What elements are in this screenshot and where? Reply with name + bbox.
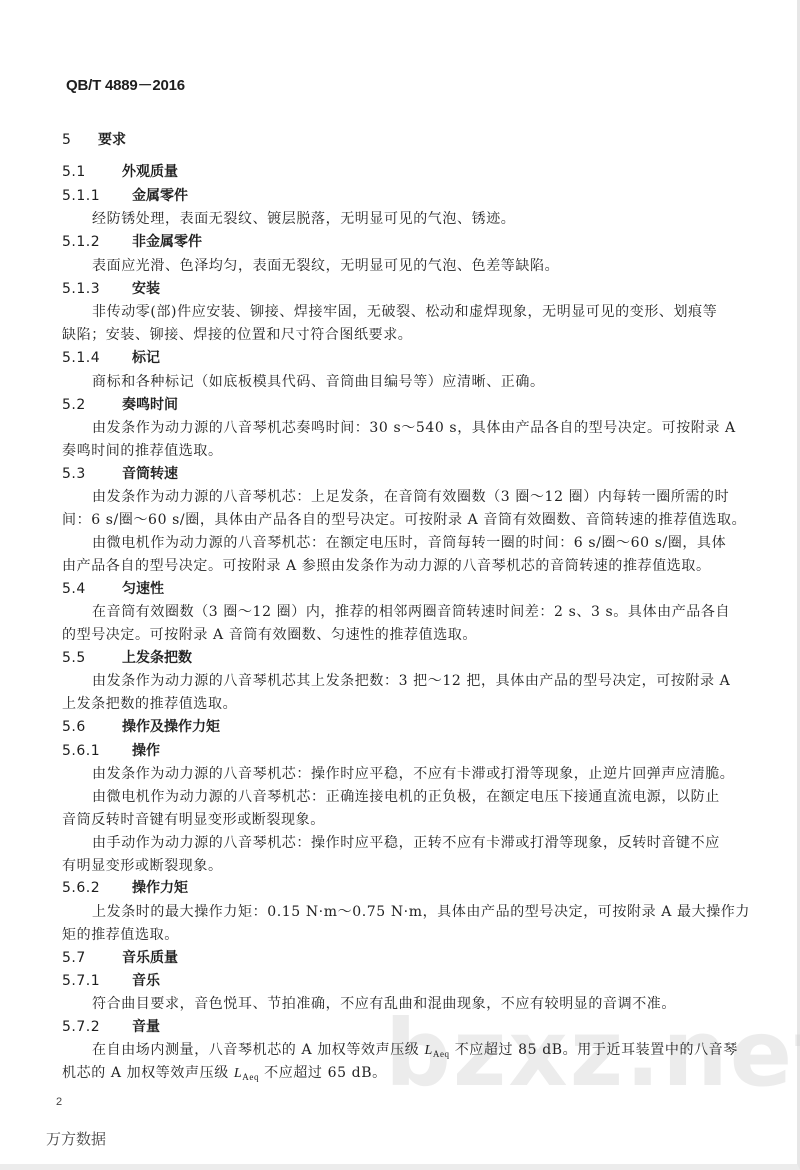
heading-5-6: 5.6操作及操作力矩: [62, 717, 220, 737]
paragraph-line: 经防锈处理，表面无裂纹、镀层脱落，无明显可见的气泡、锈迹。: [92, 209, 515, 229]
paragraph-line: 由发条作为动力源的八音琴机芯：操作时应平稳，不应有卡滞或打滑等现象，止逆片回弹声…: [92, 764, 734, 784]
paragraph-line: 在音筒有效圈数（3 圈～12 圈）内，推荐的相邻两圈音筒转速时间差：2 s、3 …: [92, 602, 730, 622]
footer-source: 万方数据: [46, 1128, 106, 1149]
heading-number: 5.6.1: [62, 741, 132, 761]
paragraph-line: 音筒反转时音键有明显变形或断裂现象。: [62, 810, 325, 830]
heading-title: 外观质量: [122, 164, 178, 180]
heading-number: 5.7.2: [62, 1017, 132, 1037]
heading-number: 5.5: [62, 648, 122, 668]
paragraph-line: 由微电机作为动力源的八音琴机芯：在额定电压时，音筒每转一圈的时间：6 s/圈～6…: [92, 533, 726, 553]
heading-number: 5.6.2: [62, 878, 132, 898]
heading-number: 5.7.1: [62, 971, 132, 991]
paragraph-line: 商标和各种标记（如底板模具代码、音筒曲目编号等）应清晰、正确。: [92, 372, 545, 392]
heading-number: 5.7: [62, 948, 122, 968]
heading-title: 奏鸣时间: [122, 397, 178, 413]
paragraph-line: 奏鸣时间的推荐值选取。: [62, 441, 223, 461]
heading-number: 5.1.3: [62, 279, 132, 299]
heading-number: 5.4: [62, 579, 122, 599]
paragraph-line: 上发条把数的推荐值选取。: [62, 694, 237, 714]
heading-5-1-2: 5.1.2非金属零件: [62, 232, 202, 252]
paragraph-line: 由手动作为动力源的八音琴机芯：操作时应平稳，正转不应有卡滞或打滑等现象，反转时音…: [92, 833, 720, 853]
heading-number: 5.1.1: [62, 186, 132, 206]
heading-number: 5.3: [62, 464, 122, 484]
page-number: 2: [56, 1096, 62, 1108]
heading-title: 上发条把数: [122, 650, 192, 666]
document-page: QB/T 4889－2016 5要求 5.1外观质量 5.1.1金属零件 经防锈…: [0, 0, 800, 1170]
heading-5-3: 5.3音筒转速: [62, 464, 178, 484]
section-number: 5: [62, 130, 98, 150]
paragraph-line: 机芯的 A 加权等效声压级 LAeq 不应超过 65 dB。: [62, 1063, 387, 1084]
heading-title: 音量: [132, 1019, 160, 1035]
heading-number: 5.1.4: [62, 348, 132, 368]
heading-5-1-4: 5.1.4标记: [62, 348, 160, 368]
paragraph-line: 由发条作为动力源的八音琴机芯奏鸣时间：30 s～540 s，具体由产品各自的型号…: [92, 418, 736, 438]
paragraph-line: 非传动零(部)件应安装、铆接、焊接牢固，无破裂、松动和虚焊现象，无明显可见的变形…: [92, 302, 717, 322]
heading-number: 5.1.2: [62, 232, 132, 252]
heading-title: 金属零件: [132, 188, 188, 204]
heading-number: 5.6: [62, 717, 122, 737]
paragraph-line: 有明显变形或断裂现象。: [62, 856, 223, 876]
symbol-laeq: LAeq: [424, 1043, 449, 1058]
heading-5-7-2: 5.7.2音量: [62, 1017, 160, 1037]
heading-5-6-1: 5.6.1操作: [62, 741, 160, 761]
heading-5-7: 5.7音乐质量: [62, 948, 178, 968]
standard-code: QB/T 4889－2016: [66, 74, 185, 95]
heading-title: 操作力矩: [132, 880, 188, 896]
heading-title: 操作: [132, 743, 160, 759]
paragraph-line: 由产品各自的型号决定。可按附录 A 参照由发条作为动力源的八音琴机芯的音筒转速的…: [62, 556, 711, 576]
section-heading-5: 5要求: [62, 130, 126, 150]
symbol-laeq: LAeq: [234, 1066, 259, 1081]
heading-5-1-1: 5.1.1金属零件: [62, 186, 188, 206]
paragraph-line: 由发条作为动力源的八音琴机芯其上发条把数：3 把～12 把，具体由产品的型号决定…: [92, 671, 730, 691]
heading-5-5: 5.5上发条把数: [62, 648, 192, 668]
heading-5-4: 5.4匀速性: [62, 579, 164, 599]
paragraph-line: 间：6 s/圈～60 s/圈，具体由产品各自的型号决定。可按附录 A 音筒有效圈…: [62, 510, 746, 530]
heading-number: 5.1: [62, 162, 122, 182]
heading-title: 音乐质量: [122, 950, 178, 966]
heading-5-7-1: 5.7.1音乐: [62, 971, 160, 991]
paragraph-line: 的型号决定。可按附录 A 音筒有效圈数、匀速性的推荐值选取。: [62, 625, 477, 645]
heading-title: 匀速性: [122, 581, 164, 597]
paragraph-line: 表面应光滑、色泽均匀，表面无裂纹，无明显可见的气泡、色差等缺陷。: [92, 256, 559, 276]
heading-5-1: 5.1外观质量: [62, 162, 178, 182]
heading-5-6-2: 5.6.2操作力矩: [62, 878, 188, 898]
heading-title: 操作及操作力矩: [122, 719, 220, 735]
section-title: 要求: [98, 132, 126, 148]
paragraph-line: 矩的推荐值选取。: [62, 925, 179, 945]
heading-number: 5.2: [62, 395, 122, 415]
paragraph-line: 由微电机作为动力源的八音琴机芯：正确连接电机的正负极，在额定电压下接通直流电源，…: [92, 787, 720, 807]
heading-title: 音乐: [132, 973, 160, 989]
heading-title: 音筒转速: [122, 466, 178, 482]
paragraph-line: 上发条时的最大操作力矩：0.15 N·m～0.75 N·m，具体由产品的型号决定…: [92, 902, 750, 922]
paragraph-line: 在自由场内测量，八音琴机芯的 A 加权等效声压级 LAeq 不应超过 85 dB…: [92, 1040, 738, 1061]
heading-title: 安装: [132, 281, 160, 297]
heading-title: 非金属零件: [132, 234, 202, 250]
heading-5-2: 5.2奏鸣时间: [62, 395, 178, 415]
heading-5-1-3: 5.1.3安装: [62, 279, 160, 299]
heading-title: 标记: [132, 350, 160, 366]
paragraph-line: 由发条作为动力源的八音琴机芯：上足发条，在音筒有效圈数（3 圈～12 圈）内每转…: [92, 487, 729, 507]
paragraph-line: 缺陷；安装、铆接、焊接的位置和尺寸符合图纸要求。: [62, 325, 412, 345]
